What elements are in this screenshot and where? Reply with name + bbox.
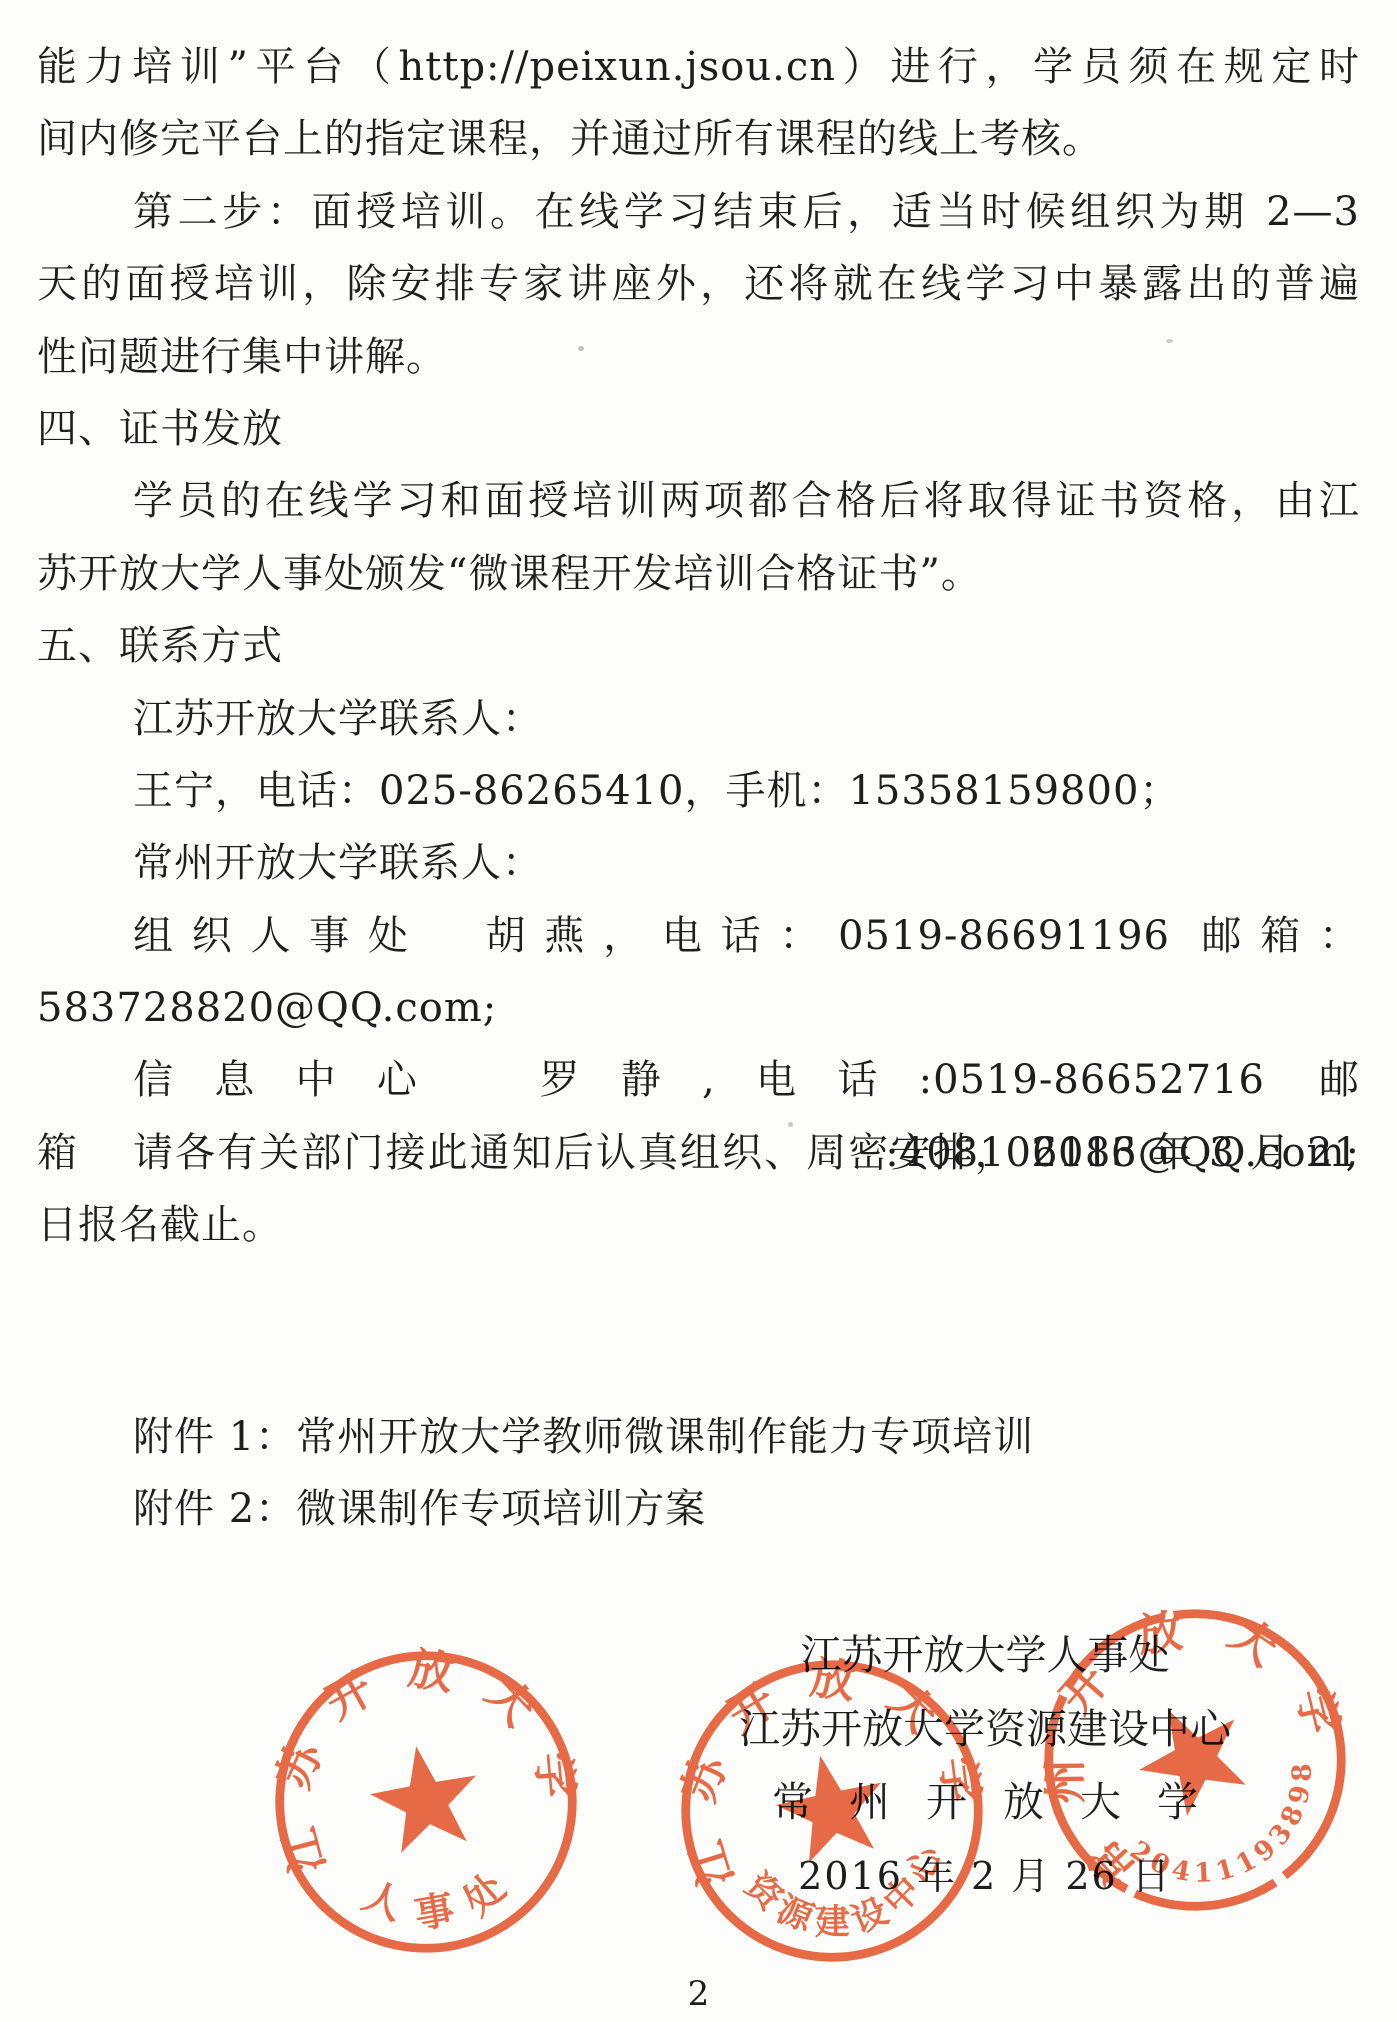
section-heading-contacts: 五、联系方式 bbox=[37, 610, 1360, 682]
body-line: 学员的在线学习和面授培训两项都合格后将取得证书资格，由江 bbox=[37, 465, 1360, 537]
signature-org-personnel: 江苏开放大学人事处 bbox=[640, 1619, 1330, 1693]
body-line: 日报名截止。 bbox=[37, 1189, 1360, 1261]
signature-block: 江苏开放大学人事处 江苏开放大学资源建设中心 常州开放大学 2016 年 2 月… bbox=[640, 1619, 1330, 1913]
section-heading-certificates: 四、证书发放 bbox=[37, 393, 1360, 465]
scan-speck bbox=[578, 346, 584, 351]
attachment-2: 附件 2：微课制作专项培训方案 bbox=[133, 1473, 1034, 1545]
signature-org-resource-center: 江苏开放大学资源建设中心 bbox=[640, 1693, 1330, 1767]
signature-org-changzhou: 常州开放大学 bbox=[658, 1766, 1348, 1840]
body-line: 江苏开放大学联系人： bbox=[37, 683, 1360, 755]
body-line: 常州开放大学联系人： bbox=[37, 827, 1360, 899]
body-line: 第二步：面授培训。在线学习结束后，适当时候组织为期 2—3 bbox=[37, 176, 1360, 248]
official-seal-personnel: 江苏开放大学 人事处 bbox=[245, 1621, 606, 1982]
body-line: 天的面授培训，除安排专家讲座外，还将就在线学习中暴露出的普遍 bbox=[37, 248, 1360, 320]
body-line: 能力培训”平台（http://peixun.jsou.cn）进行，学员须在规定时 bbox=[37, 31, 1360, 103]
page-number: 2 bbox=[0, 1974, 1397, 2014]
scan-speck bbox=[1166, 339, 1173, 343]
contact-email-line: 信息中心 罗静,电话:0519-86652716 邮箱:408106183@QQ… bbox=[37, 1044, 1360, 1116]
body-line: 性问题进行集中讲解。 bbox=[37, 321, 1360, 393]
contact-phone-line: 组织人事处 胡燕，电话：0519-86691196 邮箱： bbox=[37, 900, 1360, 972]
signature-date: 2016 年 2 月 26 日 bbox=[640, 1840, 1330, 1914]
body-line: 苏开放大学人事处颁发“微课程开发培训合格证书”。 bbox=[37, 538, 1360, 610]
svg-text:人事处: 人事处 bbox=[349, 1846, 536, 1948]
svg-text:江苏开放大学: 江苏开放大学 bbox=[245, 1621, 592, 1880]
scan-speck bbox=[788, 1122, 793, 1127]
contact-email-line: 583728820@QQ.com; bbox=[37, 972, 1360, 1044]
body-line: 间内修完平台上的指定课程，并通过所有课程的线上考核。 bbox=[37, 103, 1360, 175]
contact-phone-line: 王宁，电话：025-86265410，手机：15358159800； bbox=[37, 755, 1360, 827]
attachment-list: 附件 1：常州开放大学教师微课制作能力专项培训 附件 2：微课制作专项培训方案 bbox=[133, 1401, 1034, 1546]
body-text: 能力培训”平台（http://peixun.jsou.cn）进行，学员须在规定时… bbox=[37, 31, 1360, 1262]
body-line: 请各有关部门接此通知后认真组织、周密安排， 2016 年 3 月 21 bbox=[37, 1117, 1360, 1189]
scanned-document-page: 能力培训”平台（http://peixun.jsou.cn）进行，学员须在规定时… bbox=[0, 0, 1397, 2022]
attachment-1: 附件 1：常州开放大学教师微课制作能力专项培训 bbox=[133, 1401, 1034, 1473]
